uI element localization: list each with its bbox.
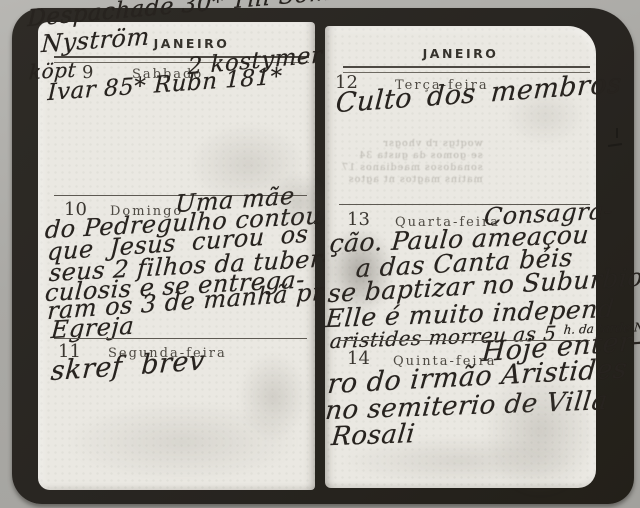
bleedthrough-text: woqtgs rb vhogsr se gomos da gusta 34 so…	[341, 138, 483, 186]
pen-mark	[616, 128, 618, 138]
ink-smudge	[68, 402, 298, 482]
handwriting-line: Culto dos membros	[335, 68, 623, 119]
diary-photo: JANEIRO 9 Sabbado 2 kostymer Ivar 85* Ru…	[0, 0, 640, 508]
ink-smudge	[238, 352, 308, 442]
left-page: JANEIRO 9 Sabbado 2 kostymer Ivar 85* Ru…	[38, 22, 315, 490]
pen-mark	[608, 143, 622, 147]
month-header-right: JANEIRO	[325, 46, 596, 61]
handwriting-line: Egreja	[50, 312, 135, 345]
right-page: JANEIRO 12 Terça-feira Culto dos membros…	[325, 26, 596, 488]
date-number-14: 14	[347, 348, 370, 369]
diary-cover: JANEIRO 9 Sabbado 2 kostymer Ivar 85* Ru…	[12, 8, 634, 504]
marginalia-line: köpt	[28, 58, 77, 85]
handwriting-line: Rosali	[330, 419, 417, 452]
section-rule	[54, 338, 307, 339]
